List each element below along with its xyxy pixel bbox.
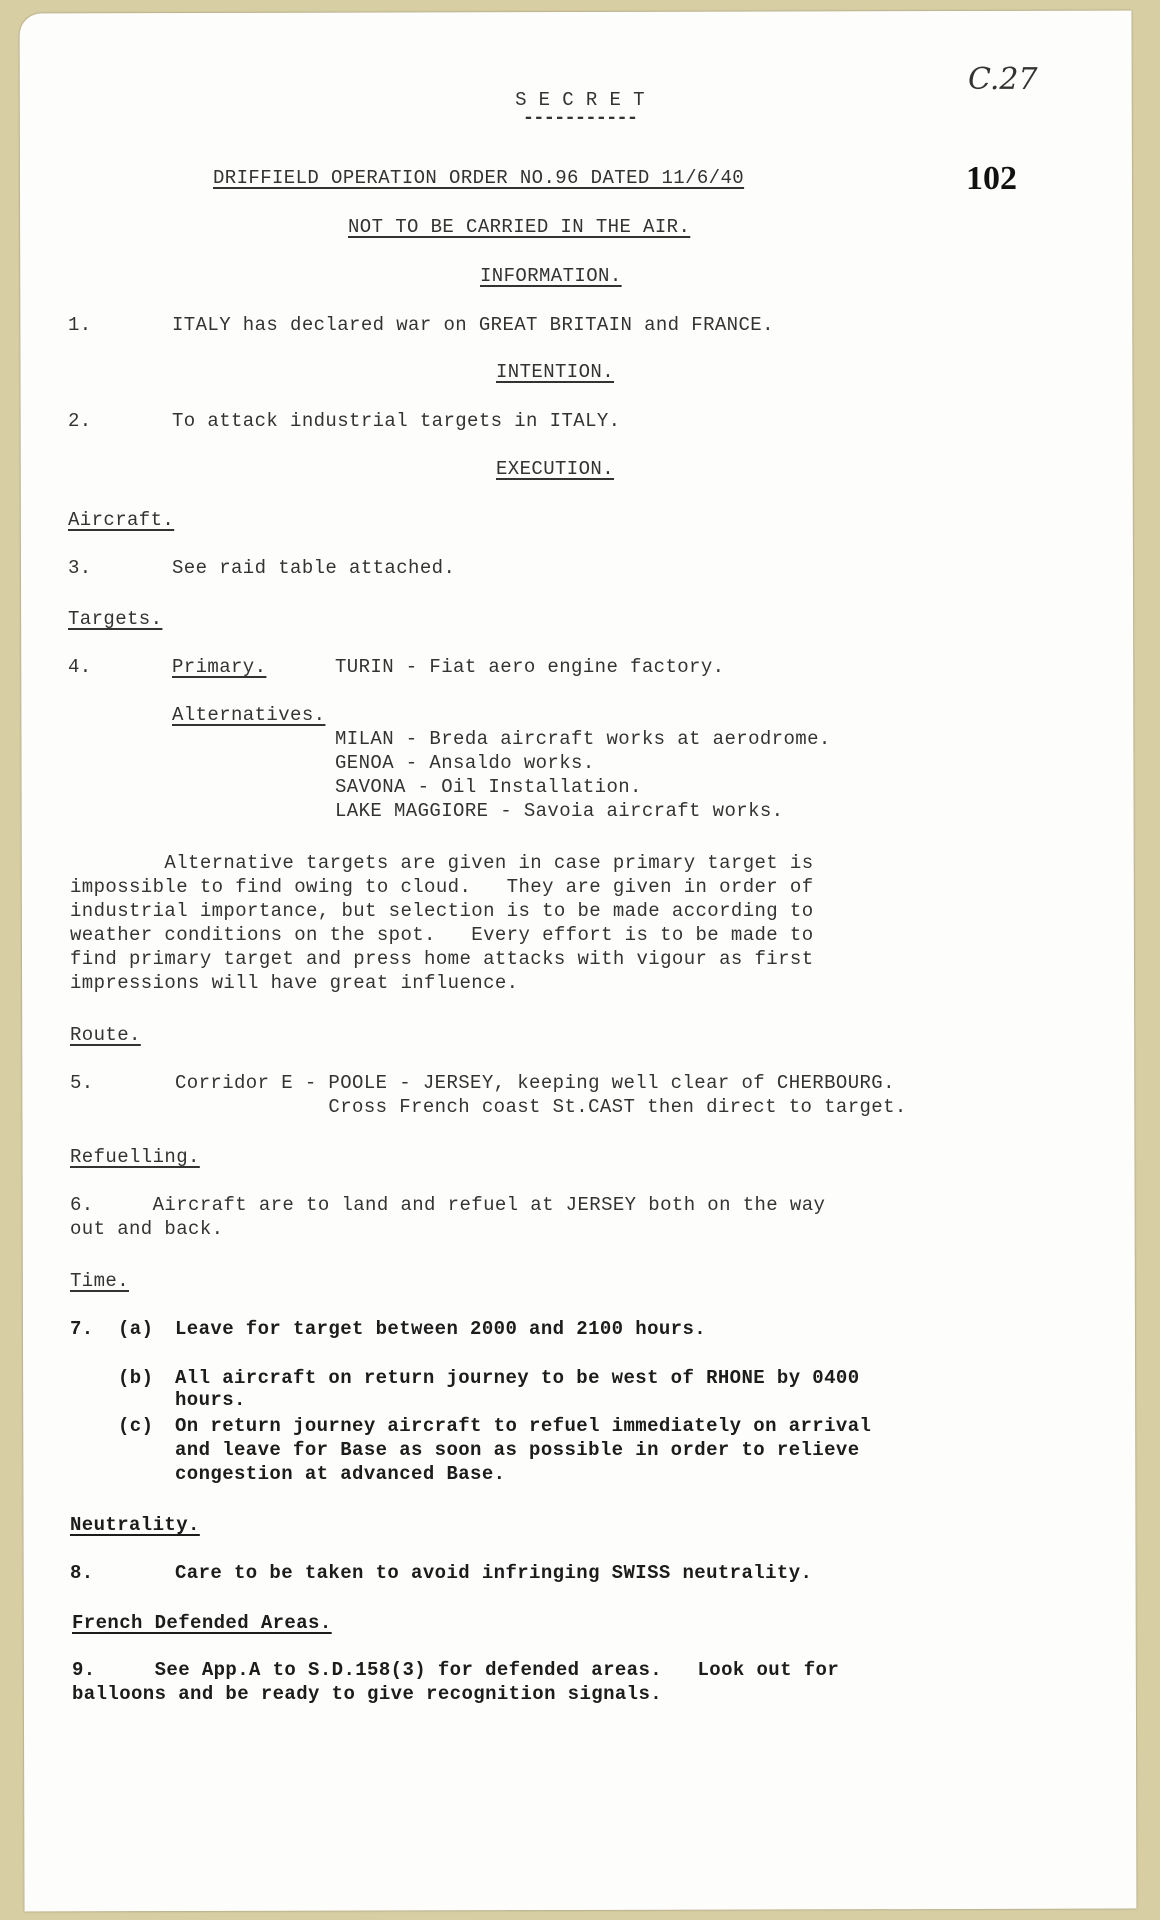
heading-time: Time. xyxy=(70,1269,129,1293)
heading-neutrality: Neutrality. xyxy=(70,1513,200,1537)
classification-rule: ----------- xyxy=(0,106,1160,130)
heading-information: INFORMATION. xyxy=(480,264,622,288)
heading-aircraft: Aircraft. xyxy=(68,508,174,532)
alternative-target: MILAN - Breda aircraft works at aerodrom… xyxy=(335,727,831,751)
paragraph-line: Alternative targets are given in case pr… xyxy=(70,851,814,875)
time-item-line: hours. xyxy=(175,1388,246,1412)
route-line: Cross French coast St.CAST then direct t… xyxy=(175,1095,907,1119)
time-item-label: (b) xyxy=(118,1366,153,1390)
item-2-number: 2. xyxy=(68,409,92,433)
time-item-line: congestion at advanced Base. xyxy=(175,1462,505,1486)
carriage-notice: NOT TO BE CARRIED IN THE AIR. xyxy=(348,215,690,239)
item-7-number: 7. xyxy=(70,1317,94,1341)
item-1-text: ITALY has declared war on GREAT BRITAIN … xyxy=(172,313,774,337)
item-3-number: 3. xyxy=(68,556,92,580)
paragraph-line: impressions will have great influence. xyxy=(70,971,518,995)
heading-route: Route. xyxy=(70,1023,141,1047)
refuelling-line: 6. Aircraft are to land and refuel at JE… xyxy=(70,1193,825,1217)
alternatives-label: Alternatives. xyxy=(172,703,325,727)
item-4-number: 4. xyxy=(68,655,92,679)
primary-label: Primary. xyxy=(172,655,266,679)
heading-targets: Targets. xyxy=(68,607,162,631)
time-item-label: (a) xyxy=(118,1317,153,1341)
time-item-line: All aircraft on return journey to be wes… xyxy=(175,1366,860,1390)
item-9-line: 9. See App.A to S.D.158(3) for defended … xyxy=(72,1658,839,1682)
refuelling-line: out and back. xyxy=(70,1217,223,1241)
item-3-text: See raid table attached. xyxy=(172,556,455,580)
alternative-target: LAKE MAGGIORE - Savoia aircraft works. xyxy=(335,799,783,823)
time-item-line: On return journey aircraft to refuel imm… xyxy=(175,1414,871,1438)
item-5-number: 5. xyxy=(70,1071,94,1095)
item-1-number: 1. xyxy=(68,313,92,337)
page-number: 102 xyxy=(966,160,1017,198)
paragraph-line: industrial importance, but selection is … xyxy=(70,899,814,923)
item-2-text: To attack industrial targets in ITALY. xyxy=(172,409,620,433)
heading-intention: INTENTION. xyxy=(496,360,614,384)
time-item-line: Leave for target between 2000 and 2100 h… xyxy=(175,1317,706,1341)
item-9-line: balloons and be ready to give recognitio… xyxy=(72,1682,662,1706)
alternative-target: SAVONA - Oil Installation. xyxy=(335,775,642,799)
heading-refuelling: Refuelling. xyxy=(70,1145,200,1169)
time-item-label: (c) xyxy=(118,1414,153,1438)
heading-execution: EXECUTION. xyxy=(496,457,614,481)
paragraph-line: weather conditions on the spot. Every ef… xyxy=(70,923,814,947)
order-title: DRIFFIELD OPERATION ORDER NO.96 DATED 11… xyxy=(213,166,744,190)
paragraph-line: find primary target and press home attac… xyxy=(70,947,814,971)
item-8-text: Care to be taken to avoid infringing SWI… xyxy=(175,1561,812,1585)
paragraph-line: impossible to find owing to cloud. They … xyxy=(70,875,814,899)
heading-french-defended-areas: French Defended Areas. xyxy=(72,1611,332,1635)
item-8-number: 8. xyxy=(70,1561,94,1585)
route-line: Corridor E - POOLE - JERSEY, keeping wel… xyxy=(175,1071,895,1095)
alternative-target: GENOA - Ansaldo works. xyxy=(335,751,595,775)
time-item-line: and leave for Base as soon as possible i… xyxy=(175,1438,860,1462)
primary-target: TURIN - Fiat aero engine factory. xyxy=(335,655,724,679)
handwritten-reference: C.27 xyxy=(968,62,1038,97)
